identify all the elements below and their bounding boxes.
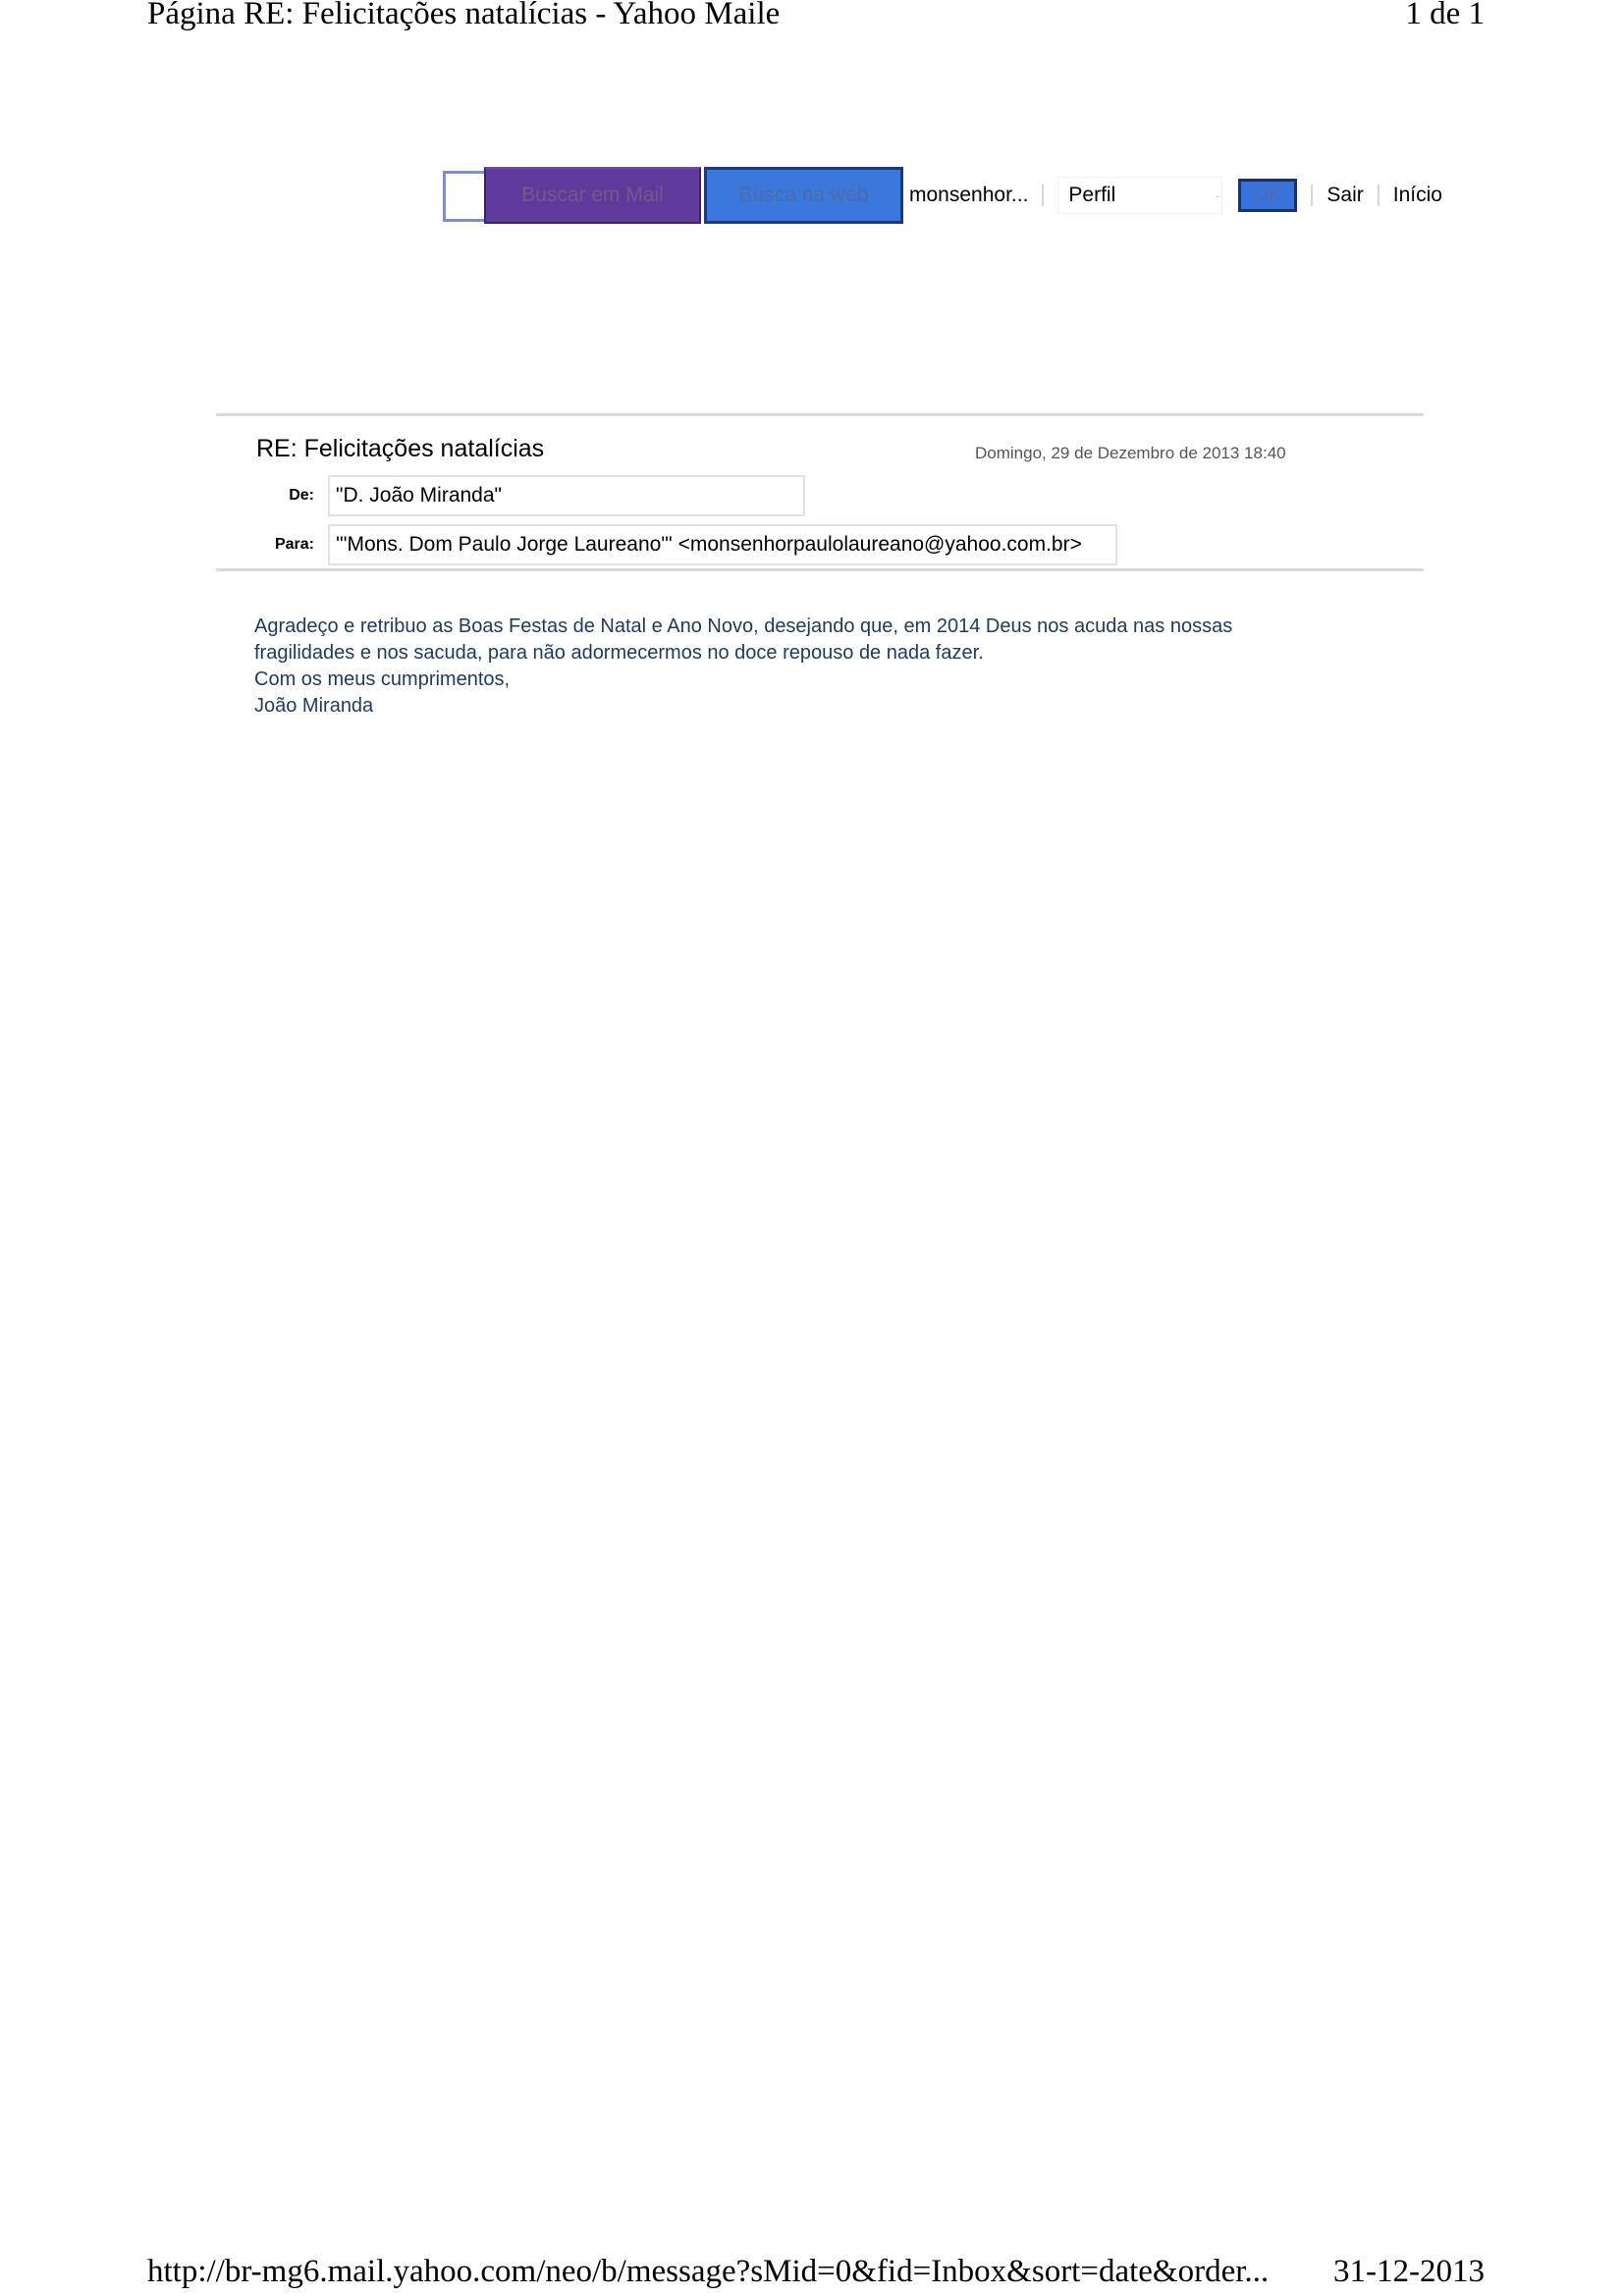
to-row: Para: '"Mons. Dom Paulo Jorge Laureano"'…: [255, 524, 1117, 565]
chevron-down-icon: -: [1216, 187, 1220, 203]
logout-link[interactable]: Sair: [1326, 184, 1363, 207]
body-line: João Miranda: [254, 693, 1383, 720]
print-date: 31-12-2013: [1333, 2254, 1485, 2290]
body-line: Com os meus cumprimentos,: [254, 667, 1383, 693]
page-indicator: 1 de 1: [1405, 0, 1485, 32]
profile-select[interactable]: Perfil -: [1057, 177, 1222, 214]
search-input[interactable]: [443, 171, 484, 222]
print-title: Página RE: Felicitações natalícias - Yah…: [147, 0, 780, 32]
divider: [1311, 185, 1313, 206]
divider: [1378, 185, 1380, 206]
print-header: Página RE: Felicitações natalícias - Yah…: [147, 0, 1485, 32]
to-label: Para:: [255, 536, 314, 554]
print-footer: http://br-mg6.mail.yahoo.com/neo/b/messa…: [147, 2254, 1485, 2290]
from-field[interactable]: "D. João Miranda": [328, 475, 805, 516]
print-url: http://br-mg6.mail.yahoo.com/neo/b/messa…: [147, 2254, 1269, 2290]
message-date: Domingo, 29 de Dezembro de 2013 18:40: [975, 444, 1286, 463]
header-divider-bottom: [216, 568, 1424, 571]
message-body: Agradeço e retribuo as Boas Festas de Na…: [254, 614, 1383, 720]
search-mail-button[interactable]: Buscar em Mail: [484, 167, 701, 224]
message-subject: RE: Felicitações natalícias: [256, 435, 544, 463]
from-row: De: "D. João Miranda": [255, 475, 805, 516]
ok-button[interactable]: OK: [1238, 179, 1297, 212]
to-field[interactable]: '"Mons. Dom Paulo Jorge Laureano"' <mons…: [328, 524, 1117, 565]
header-divider-top: [216, 413, 1424, 416]
divider: [1042, 185, 1044, 206]
from-label: De:: [255, 487, 314, 505]
home-link[interactable]: Início: [1393, 184, 1442, 207]
profile-select-value: Perfil: [1068, 184, 1115, 207]
top-toolbar: Buscar em Mail Busca na web monsenhor...…: [443, 167, 1442, 224]
body-line: fragilidades e nos sacuda, para não ador…: [254, 640, 1383, 667]
body-line: Agradeço e retribuo as Boas Festas de Na…: [254, 614, 1383, 640]
user-name-link[interactable]: monsenhor...: [909, 184, 1028, 207]
search-web-button[interactable]: Busca na web: [704, 167, 903, 224]
